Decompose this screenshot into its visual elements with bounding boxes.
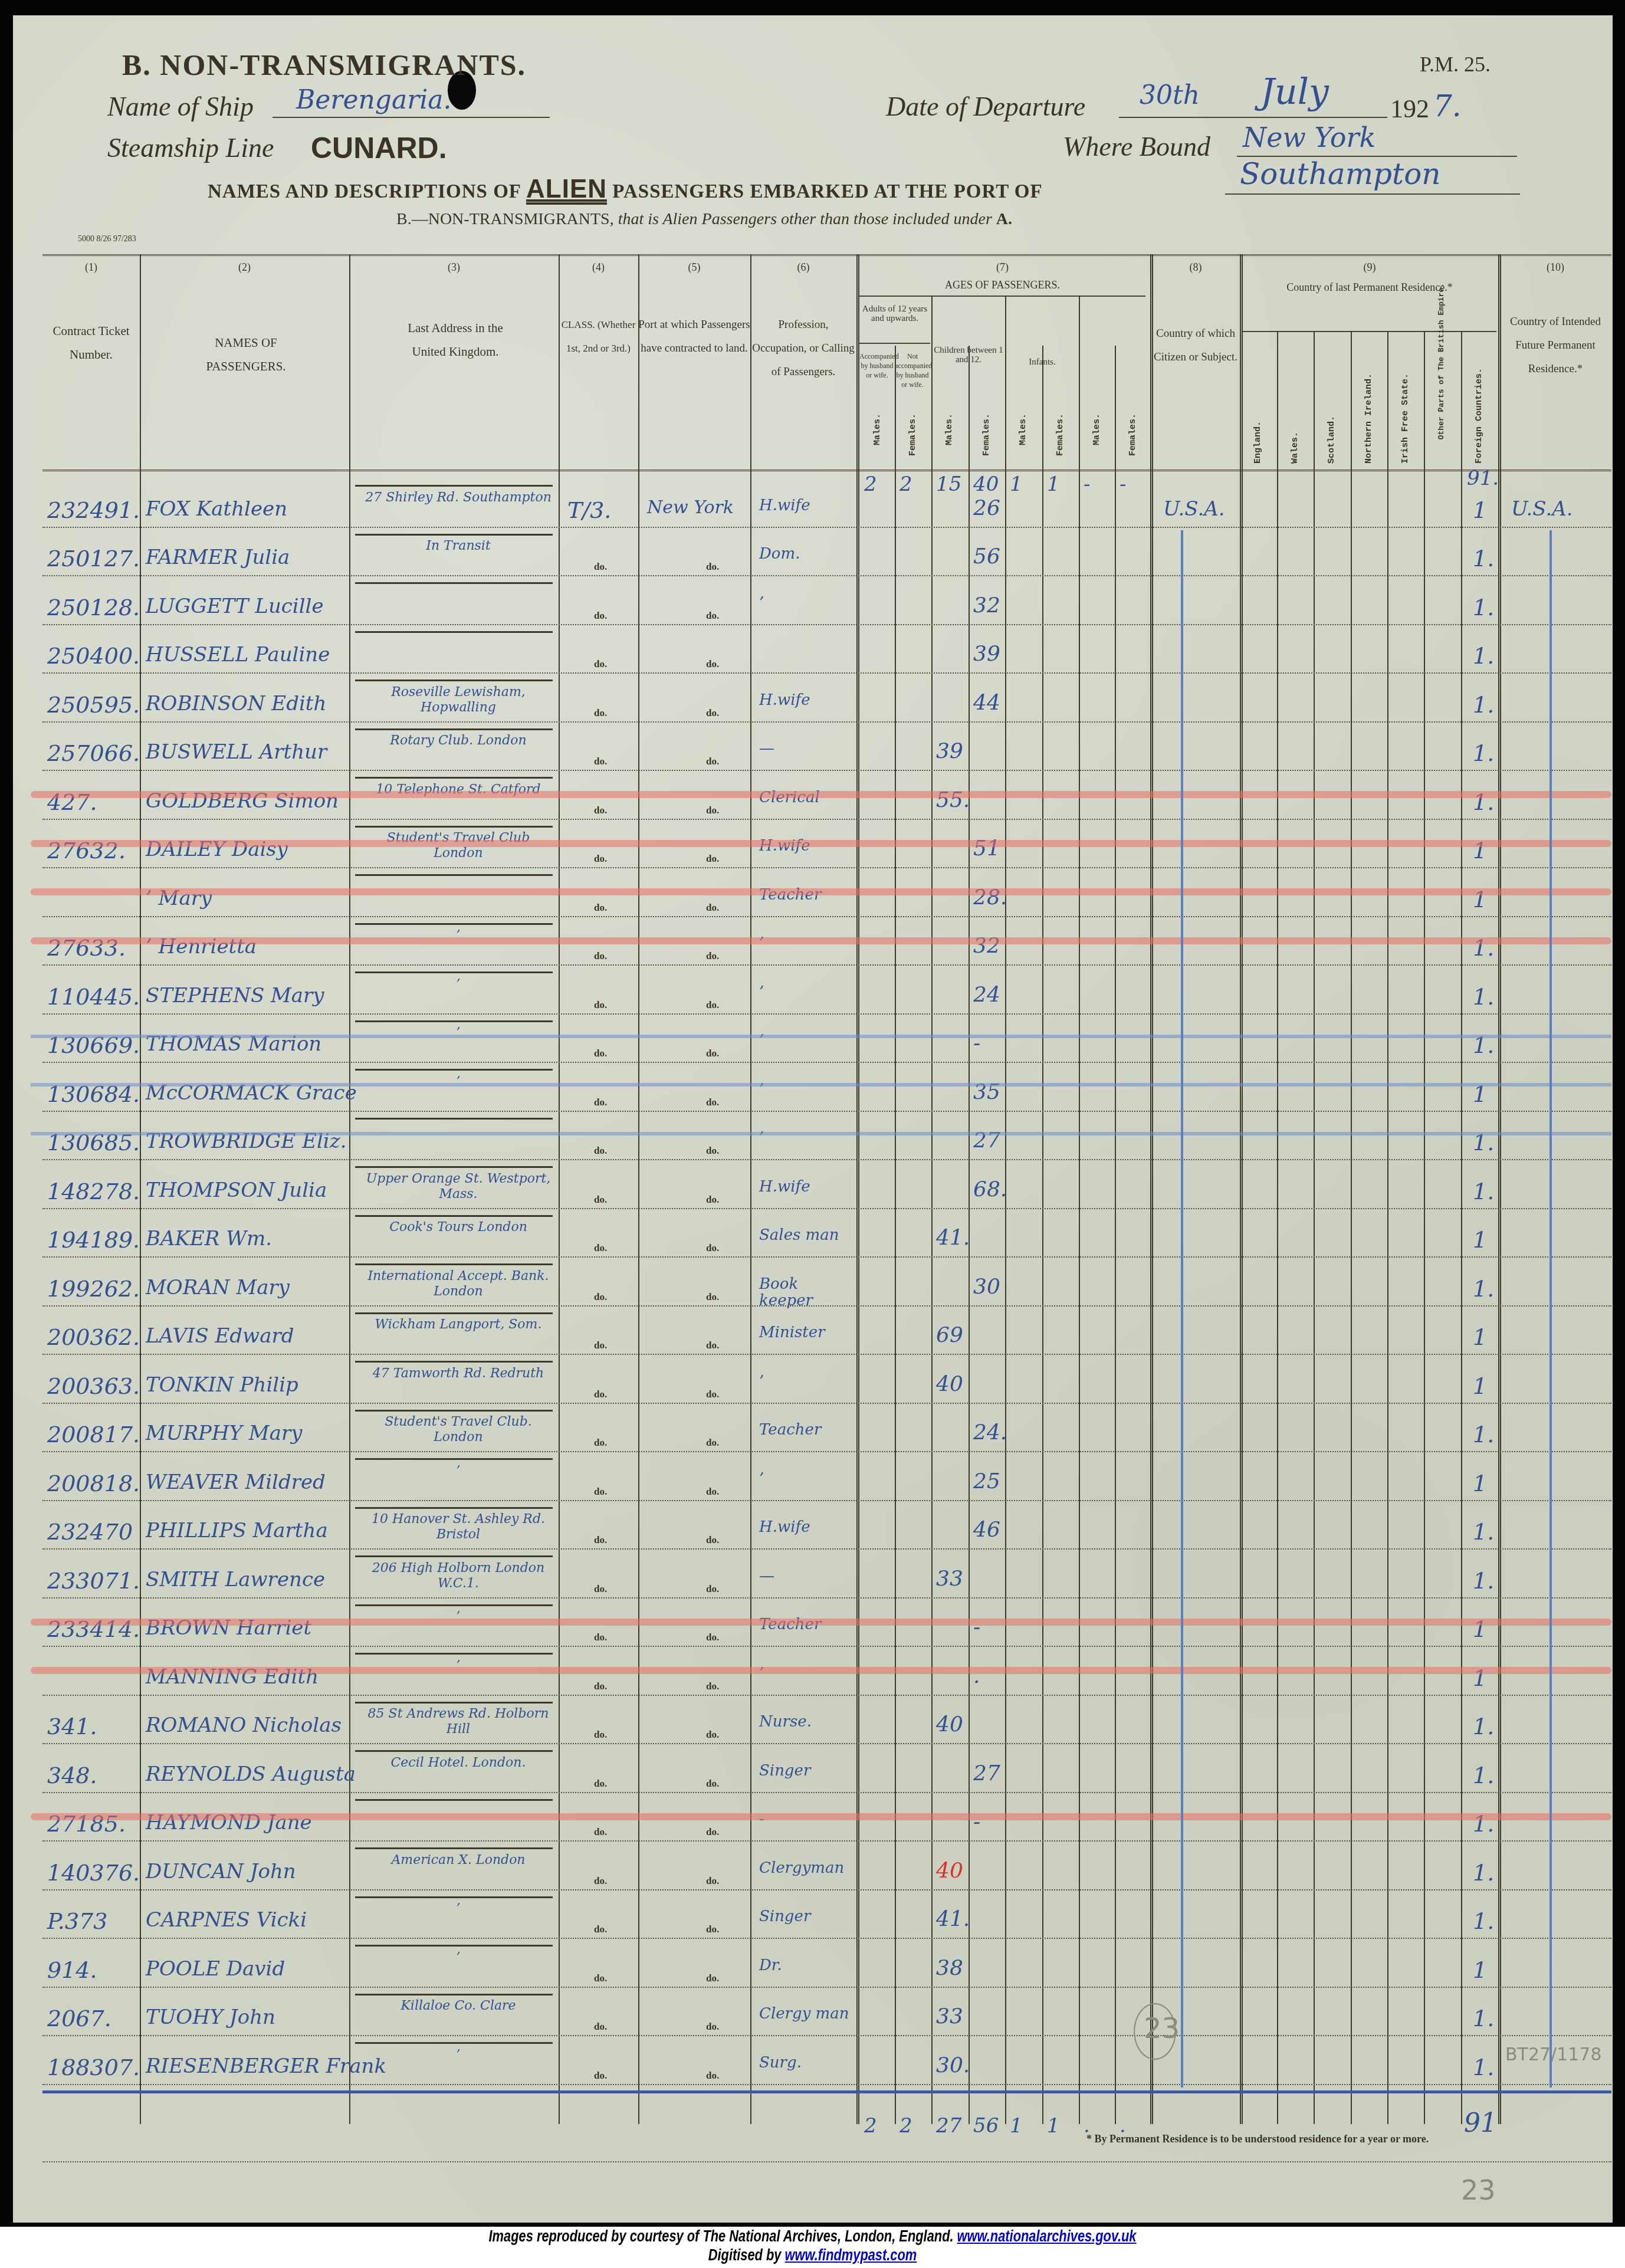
row-rule [42, 1938, 1611, 1939]
ship-underline [273, 117, 550, 118]
citizenship: U.S.A. [1163, 497, 1225, 521]
foreign-countries-tally: 1. [1473, 1908, 1494, 1934]
last-address: International Accept. Bank. London [361, 1269, 556, 1299]
col-8-number: (8) [1151, 261, 1240, 274]
summary-inf_m: - [1084, 472, 1091, 496]
class-ditto: do. [594, 1145, 607, 1157]
passenger-name: PHILLIPS Martha [146, 1519, 328, 1542]
steamship-line: CUNARD. [311, 131, 447, 165]
foreign-countries-tally: 1. [1473, 1860, 1494, 1886]
port-ditto: do. [706, 2021, 719, 2033]
foreign-countries-tally: 1. [1473, 2054, 1494, 2080]
last-address: ’ [361, 977, 556, 992]
age-sex-rule [1115, 346, 1116, 2124]
port-ditto: do. [706, 1389, 719, 1400]
ship-label: Name of Ship [107, 91, 254, 122]
foreign-countries-tally: 1. [1473, 546, 1494, 572]
last-address: ’ [361, 1950, 556, 1965]
port-ditto: do. [706, 1778, 719, 1790]
occupation: ’ [759, 984, 853, 1000]
age: 69 [936, 1323, 963, 1347]
ticket-number: 250128. [47, 595, 140, 621]
occupation: ’ [759, 1373, 853, 1390]
last-address: 206 High Holborn London W.C.1. [361, 1561, 556, 1591]
row-rule [42, 1062, 1611, 1063]
departure-day: 30th [1140, 80, 1200, 110]
ticket-number: 341. [47, 1714, 97, 1739]
blue-strikethrough [31, 1132, 1611, 1135]
col-7-adults-heading: Adults of 12 years and upwards. [859, 304, 930, 323]
port-ditto: do. [706, 1681, 719, 1692]
females-heading: Females. [981, 413, 992, 456]
summary-foreign: 91. [1467, 467, 1499, 490]
port-of-landing: New York [647, 497, 734, 518]
address-rule [355, 1215, 553, 1217]
address-rule [355, 1507, 553, 1509]
col-1-number: (1) [42, 261, 140, 274]
ticket-number: 200817. [47, 1422, 140, 1448]
foreign-countries-tally: 1 [1473, 1957, 1487, 1983]
total-not_m: 27 [936, 2114, 961, 2138]
intended-residence: U.S.A. [1511, 497, 1573, 521]
females-heading: Females. [1055, 413, 1065, 456]
occupation: H.wife [759, 1519, 853, 1535]
class-ditto: do. [594, 805, 607, 816]
row-rule [42, 672, 1611, 674]
passenger-name: THOMPSON Julia [146, 1179, 327, 1202]
residence-subheading-3: Northern Ireland. [1364, 373, 1374, 464]
age: 25 [973, 1469, 1000, 1494]
class-ditto: do. [594, 610, 607, 622]
class-ditto: do. [594, 1194, 607, 1206]
col-9-number: (9) [1240, 261, 1499, 274]
passenger-name: TUOHY John [146, 2006, 275, 2029]
port-ditto: do. [706, 1486, 719, 1498]
passenger-name: SMITH Lawrence [146, 1568, 325, 1591]
passenger-name: WEAVER Mildred [146, 1471, 326, 1494]
col-4-number: (4) [559, 261, 638, 274]
foreign-countries-tally: 1 [1473, 1373, 1487, 1399]
col-8-heading: Country of which Citizen or Subject. [1151, 322, 1240, 369]
ticket-number: 348. [47, 1762, 97, 1788]
age: 40 [936, 1712, 963, 1737]
last-address: ’ [361, 2047, 556, 2063]
address-rule [355, 1263, 553, 1265]
class-ditto: do. [594, 1681, 607, 1692]
class-ditto: do. [594, 1875, 607, 1887]
foreign-countries-tally: 1. [1473, 2006, 1494, 2031]
class-ditto: do. [594, 902, 607, 914]
row-rule [42, 527, 1611, 528]
residence-subheading-0: England. [1253, 421, 1263, 464]
form-reference: P.M. 25. [1420, 52, 1491, 77]
last-address: ’ [361, 1074, 556, 1089]
address-rule [355, 2042, 553, 2044]
address-rule [355, 777, 553, 779]
occupation: Clergy man [759, 2006, 853, 2022]
summary-not_f: 40 [973, 472, 999, 496]
port-ditto: do. [706, 707, 719, 719]
col-10-number: (10) [1499, 261, 1611, 274]
col-9-divider [1243, 331, 1496, 332]
row-rule [42, 1013, 1611, 1015]
last-address: American X. London [361, 1853, 556, 1868]
passenger-name: ROMANO Nicholas [146, 1714, 342, 1737]
heading-part-a: NAMES AND DESCRIPTIONS OF [208, 181, 521, 202]
foreign-countries-tally: 1. [1473, 1762, 1494, 1788]
port-ditto: do. [706, 1291, 719, 1303]
class-ditto: do. [594, 1632, 607, 1643]
occupation: Singer [759, 1908, 853, 1925]
residence-subcolumn-rule [1277, 331, 1278, 2124]
archive-reference: BT27/1178 [1505, 2044, 1602, 2065]
address-rule [355, 1994, 553, 1995]
port-ditto: do. [706, 1242, 719, 1254]
row-rule [42, 1743, 1611, 1744]
column-rule [638, 254, 639, 2124]
class-ditto: do. [594, 658, 607, 670]
residence-subcolumn-rule [1387, 331, 1388, 2124]
col-3-heading: Last Address in the United Kingdom. [396, 316, 514, 363]
last-address: 85 St Andrews Rd. Holborn Hill [361, 1706, 556, 1737]
blue-strikethrough [31, 1083, 1611, 1087]
last-address: Rotary Club. London [361, 733, 556, 749]
occupation: Nurse. [759, 1714, 853, 1730]
class-ditto: do. [594, 1729, 607, 1741]
circled-count-value: 23 [1144, 2012, 1180, 2045]
credit-text: Images reproduced by courtesy of The Nat… [489, 2227, 954, 2245]
port-ditto: do. [706, 610, 719, 622]
address-rule [355, 485, 553, 487]
passenger-name: REYNOLDS Augusta [146, 1762, 356, 1786]
ticket-number: 232470 [47, 1519, 133, 1545]
col-6-number: (6) [750, 261, 856, 274]
ticket-number: P.373 [47, 1908, 107, 1934]
address-rule [355, 582, 553, 584]
row-rule [42, 916, 1611, 917]
row-rule [42, 1646, 1611, 1647]
heading-alien: ALIEN [526, 175, 607, 204]
ticket-number: 914. [47, 1957, 97, 1983]
class-ditto: do. [594, 2070, 607, 2082]
foreign-countries-tally: 1 [1473, 1324, 1487, 1350]
class-ditto: do. [594, 1972, 607, 1984]
totals-rule [42, 2090, 1611, 2093]
class-ditto: do. [594, 1778, 607, 1790]
red-strikethrough [31, 1619, 1611, 1626]
row-rule [42, 575, 1611, 576]
age: 68. [973, 1177, 1007, 1202]
ticket-number: 250400. [47, 643, 140, 669]
residence-subheading-6: Foreign Countries. [1474, 368, 1484, 464]
age: 27 [973, 1761, 1000, 1785]
class-ditto: do. [594, 950, 607, 962]
col-3-number: (3) [349, 261, 559, 274]
age-sex-rule [895, 346, 896, 2124]
passenger-name: RIESENBERGER Frank [146, 2054, 386, 2078]
ticket-number: 250127. [47, 546, 140, 572]
foreign-countries-tally: 1. [1473, 1519, 1494, 1545]
form-title: B. NON-TRANSMIGRANTS. [122, 48, 526, 82]
age: 39 [973, 642, 1000, 666]
row-rule [42, 1500, 1611, 1501]
passenger-name: MURPHY Mary [146, 1422, 302, 1445]
red-strikethrough [31, 791, 1611, 798]
ticket-number: 200818. [47, 1471, 140, 1496]
row-rule [42, 1111, 1611, 1112]
ticket-number: 2067. [47, 2006, 111, 2031]
ticket-number: 110445. [47, 984, 140, 1010]
residence-subheading-5: Other Parts of The British Empire. [1437, 283, 1446, 439]
port-ditto: do. [706, 561, 719, 573]
class-ditto: do. [594, 1437, 607, 1449]
age: 30. [936, 2053, 970, 2077]
total-child_f: 1 [1047, 2114, 1060, 2138]
address-rule [355, 1896, 553, 1898]
last-address: Roseville Lewisham, Hopwalling [361, 685, 556, 715]
sub-heading: B.—NON-TRANSMIGRANTS, that is Alien Pass… [396, 210, 1012, 229]
residence-subheading-4: Irish Free State. [1400, 373, 1410, 464]
address-rule [355, 631, 553, 633]
ticket-number: 233071. [47, 1568, 140, 1594]
digitised-text: Digitised by [708, 2246, 782, 2264]
address-rule [355, 1604, 553, 1606]
class-ditto: do. [594, 561, 607, 573]
address-rule [355, 728, 553, 730]
foreign-countries-tally: 1. [1473, 643, 1494, 669]
address-rule [355, 1458, 553, 1460]
total-acc_m: 2 [864, 2114, 877, 2138]
last-address: ’ [361, 1901, 556, 1916]
class-ditto: do. [594, 1340, 607, 1351]
class-ditto: do. [594, 707, 607, 719]
port-ditto: do. [706, 950, 719, 962]
age-sex-rule [1042, 346, 1043, 2124]
address-rule [355, 1069, 553, 1071]
ship-name: Berengaria. [296, 85, 452, 115]
row-rule [42, 1208, 1611, 1209]
last-address: In Transit [361, 539, 556, 554]
age: 33 [936, 1567, 963, 1591]
column-rule [1150, 254, 1153, 2124]
address-rule [355, 1945, 553, 1947]
table-bottom-rule [42, 2161, 1611, 2162]
row-rule [42, 721, 1611, 723]
last-address: ’ [361, 1463, 556, 1479]
age: 41. [936, 1226, 970, 1250]
total-not_f: 56 [973, 2114, 999, 2138]
row-rule [42, 1159, 1611, 1160]
line-label: Steamship Line [107, 132, 274, 163]
foreign-countries-tally: 1. [1473, 984, 1494, 1010]
occupation: H.wife [759, 1179, 853, 1195]
national-archives-link[interactable]: www.nationalarchives.gov.uk [957, 2227, 1137, 2245]
address-rule [355, 971, 553, 973]
class-ditto: do. [594, 1534, 607, 1546]
departure-year-suffix: 7. [1433, 89, 1462, 123]
summary-child_f: 1 [1047, 472, 1060, 496]
age: 32 [973, 593, 1000, 618]
row-rule [42, 1597, 1611, 1599]
column-rule [856, 254, 859, 2124]
port-ditto: do. [706, 1632, 719, 1643]
passenger-name: POOLE David [146, 1957, 285, 1981]
address-rule [355, 1166, 553, 1168]
departure-month: July [1260, 71, 1329, 113]
females-heading: Females. [1128, 413, 1138, 456]
age: 44 [973, 691, 1000, 715]
ticket-number: 188307. [47, 2054, 140, 2080]
bound-label: Where Bound [1063, 131, 1210, 162]
address-rule [355, 1653, 553, 1655]
col-7-accompanied-heading: Accompanied by husband or wife. [859, 352, 895, 380]
ticket-number: 148278. [47, 1179, 140, 1204]
departure-year-prefix: 192 [1390, 94, 1429, 124]
sub-heading-a: B.—NON-TRANSMIGRANTS, [396, 210, 614, 228]
foreign-countries-tally: 1. [1473, 595, 1494, 621]
passenger-name: BAKER Wm. [146, 1227, 272, 1250]
row-rule [42, 867, 1611, 868]
red-strikethrough [31, 840, 1611, 847]
ticket-number: 140376. [47, 1860, 140, 1886]
address-rule [355, 874, 553, 876]
attribution-footer: Images reproduced by courtesy of The Nat… [0, 2227, 1625, 2268]
passenger-name: BUSWELL Arthur [146, 740, 327, 764]
port-ditto: do. [706, 1145, 719, 1157]
row-rule [42, 1354, 1611, 1355]
row-rule [42, 2084, 1611, 2085]
row-rule [42, 1889, 1611, 1890]
port-ditto: do. [706, 658, 719, 670]
col-4-heading: CLASS. (Whether 1st, 2nd or 3rd.) [559, 313, 638, 360]
port-ditto: do. [706, 805, 719, 816]
address-rule [355, 1361, 553, 1363]
passenger-name: HUSSELL Pauline [146, 643, 330, 667]
port-ditto: do. [706, 1583, 719, 1595]
row-rule [42, 1403, 1611, 1404]
red-strikethrough [31, 888, 1611, 895]
occupation: Dom. [759, 546, 853, 562]
class-ditto: do. [594, 1389, 607, 1400]
blue-strikethrough [31, 1035, 1611, 1038]
class-ditto: do. [594, 853, 607, 865]
foreign-countries-tally: 1. [1473, 1422, 1494, 1448]
col-6-heading: Profession, Occupation, or Calling of Pa… [750, 313, 856, 384]
summary-acc_m: 2 [864, 472, 877, 496]
col-1-heading: Contract Ticket Number. [42, 319, 140, 366]
port-ditto: do. [706, 1729, 719, 1741]
class-ditto: do. [594, 1924, 607, 1935]
age: 40 [936, 1372, 963, 1396]
total-acc_f: 2 [900, 2114, 912, 2138]
foreign-countries-tally: 1. [1473, 740, 1494, 766]
total-foreign: 91 [1464, 2108, 1497, 2138]
address-rule [355, 534, 553, 536]
passenger-name: TONKIN Philip [146, 1373, 298, 1397]
column-rule [559, 254, 560, 2124]
address-rule [355, 1847, 553, 1849]
age: 46 [973, 1518, 1000, 1542]
column-rule [1240, 254, 1243, 2124]
foreign-countries-tally: 1. [1473, 1179, 1494, 1204]
occupation: — [759, 740, 853, 757]
port-ditto: do. [706, 853, 719, 865]
ticket-number: 232491. [47, 497, 140, 523]
address-rule [355, 923, 553, 925]
foreign-countries-tally: 1. [1473, 1568, 1494, 1594]
residence-subcolumn-rule [1461, 331, 1462, 2124]
summary-inf_f: - [1120, 472, 1127, 496]
port-ditto: do. [706, 1097, 719, 1108]
class-ditto: do. [594, 999, 607, 1011]
males-heading: Males. [872, 413, 882, 445]
col-7-number: (7) [856, 261, 1148, 274]
address-rule [355, 1555, 553, 1557]
ticket-number: 194189. [47, 1227, 140, 1253]
foreign-countries-tally: 1. [1473, 1276, 1494, 1302]
col-7-not-accompanied-heading: Not accompanied by husband or wife. [895, 352, 930, 389]
findmypast-link[interactable]: www.findmypast.com [785, 2246, 917, 2264]
col-10-heading: Country of Intended Future Permanent Res… [1499, 310, 1611, 381]
foreign-countries-tally: 1 [1473, 1227, 1487, 1253]
class-ditto: do. [594, 1242, 607, 1254]
foreign-countries-tally: 1. [1473, 1714, 1494, 1739]
port-ditto: do. [706, 1924, 719, 1935]
row-rule [42, 819, 1611, 820]
age: 41. [936, 1907, 970, 1931]
row-rule [42, 1840, 1611, 1842]
last-address: ’ [361, 1025, 556, 1041]
age: 39 [936, 739, 963, 763]
names-descriptions-heading: NAMES AND DESCRIPTIONS OF ALIEN PASSENGE… [208, 175, 1043, 204]
foreign-countries-tally: 1. [1473, 692, 1494, 718]
occupation: Minister [759, 1324, 853, 1341]
class-ditto: do. [594, 2021, 607, 2033]
last-address: 10 Hanover St. Ashley Rd. Bristol [361, 1512, 556, 1542]
occupation: Surg. [759, 2054, 853, 2071]
address-rule [355, 1020, 553, 1022]
col-2-number: (2) [140, 261, 349, 274]
row-rule [42, 770, 1611, 771]
red-strikethrough [31, 1667, 1611, 1674]
ticket-number: 257066. [47, 740, 140, 766]
citizenship-ditto-line [1181, 530, 1183, 2088]
occupation: H.wife [759, 497, 853, 514]
col-7-divider [859, 296, 1145, 297]
column-rule [349, 254, 350, 2124]
occupation: ’ [759, 595, 853, 611]
port-ditto: do. [706, 1340, 719, 1351]
port-ditto: do. [706, 2070, 719, 2082]
age: 56 [973, 544, 1000, 569]
last-address: Student's Travel Club. London [361, 1414, 556, 1445]
address-rule [355, 1410, 553, 1412]
credit-line: Images reproduced by courtesy of The Nat… [179, 2227, 1446, 2246]
passenger-name: STEPHENS Mary [146, 984, 324, 1007]
digitised-line: Digitised by www.findmypast.com [179, 2246, 1446, 2264]
age: 24. [973, 1420, 1007, 1445]
males-heading: Males. [944, 413, 954, 445]
last-address: Wickham Langport, Som. [361, 1317, 556, 1332]
address-rule [355, 826, 553, 828]
class-ditto: do. [594, 1826, 607, 1838]
last-address: 47 Tamworth Rd. Redruth [361, 1366, 556, 1381]
row-rule [42, 624, 1611, 625]
port-ditto: do. [706, 756, 719, 767]
age: 40 [936, 1859, 963, 1883]
row-rule [42, 2035, 1611, 2036]
header-bottom-rule [42, 470, 1611, 471]
